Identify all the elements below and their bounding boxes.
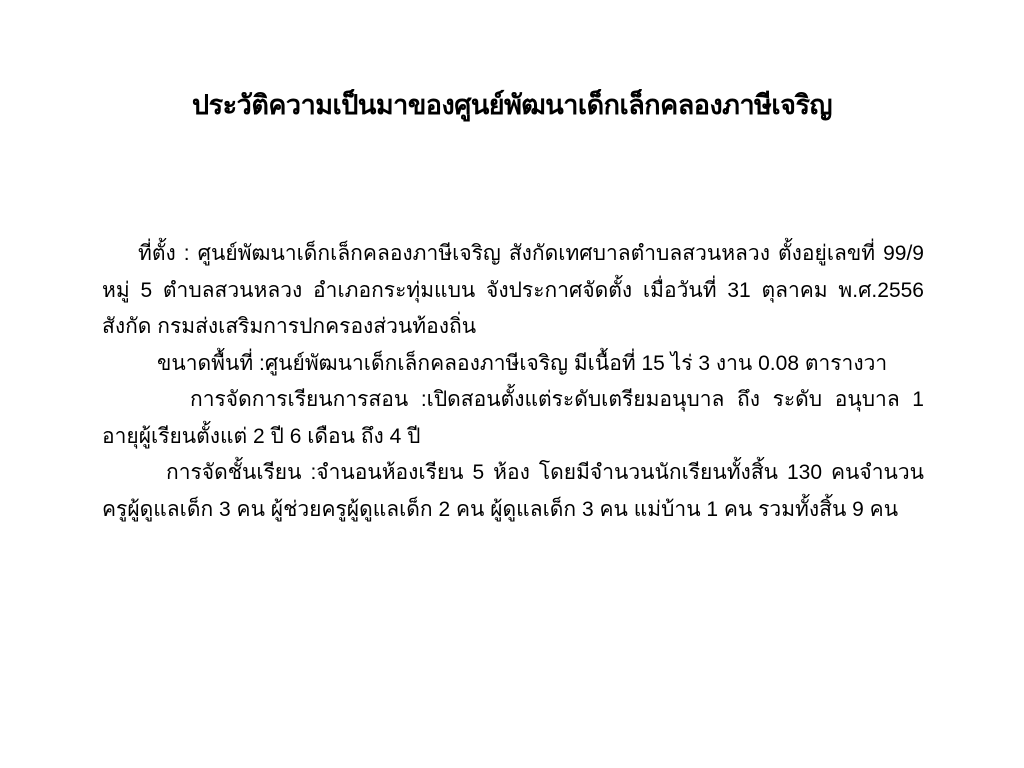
slide-body: ที่ตั้ง : ศูนย์พัฒนาเด็กเล็กคลองภาษีเจริ…	[102, 236, 924, 528]
paragraph-area: ขนาดพื้นที่ :ศูนย์พัฒนาเด็กเล็กคลองภาษีเ…	[102, 346, 924, 383]
paragraph-teaching: การจัดการเรียนการสอน :เปิดสอนตั้งแต่ระดั…	[102, 382, 924, 455]
slide-title: ประวัติความเป็นมาของศูนย์พัฒนาเด็กเล็กคล…	[0, 82, 1024, 130]
paragraph-classes: การจัดชั้นเรียน :จำนอนห้องเรียน 5 ห้อง โ…	[102, 455, 924, 528]
paragraph-location: ที่ตั้ง : ศูนย์พัฒนาเด็กเล็กคลองภาษีเจริ…	[102, 236, 924, 346]
